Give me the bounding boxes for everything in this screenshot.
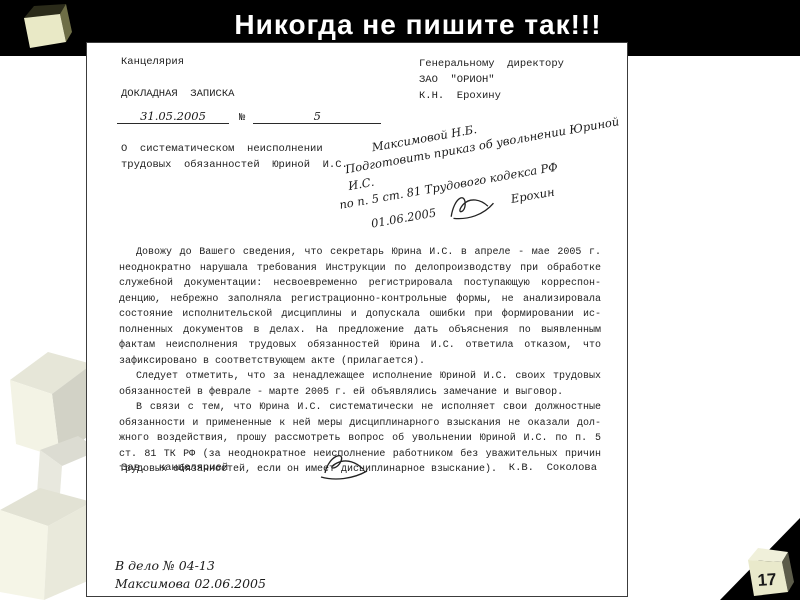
filing-note-signature: Максимова 02.06.2005 (115, 575, 266, 593)
memo-document-page: Канцелярия Генеральному директору ЗАО "О… (86, 42, 628, 597)
subject-block: О систематическом неисполнении трудовых … (121, 141, 348, 173)
addressee-name: К.Н. Ерохину (419, 88, 564, 104)
body-line: обязанности и примененные к ней меры дис… (119, 416, 601, 432)
cube-front-face (24, 14, 66, 48)
handwritten-number: 5 (253, 109, 381, 124)
addressee-block: Генеральному директору ЗАО "ОРИОН" К.Н. … (419, 56, 564, 104)
addressee-company: ЗАО "ОРИОН" (419, 72, 564, 88)
presentation-slide: Никогда не пишите так!!! 17 Канцелярия Г… (0, 0, 800, 600)
signer-name: К.В. Соколова (509, 462, 597, 474)
signer-position: Зав. канцелярией (121, 462, 228, 474)
body-line: фактам неисполнения трудовых обязанносте… (119, 338, 601, 354)
body-line: Следует отметить, что за ненадлежащее ис… (119, 369, 601, 385)
cube-top-face (748, 548, 788, 562)
filing-note: В дело № 04-13 Максимова 02.06.2005 (115, 557, 266, 593)
decorative-cubes-graphic (0, 340, 96, 600)
body-line: полненных документов в делах. На предлож… (119, 323, 601, 339)
subject-line-2: трудовых обязанностей Юриной И.С. (121, 157, 348, 173)
page-number-cube: 17 (742, 546, 796, 598)
date-number-line: 31.05.2005 № 5 (117, 109, 381, 124)
filing-note-case: В дело № 04-13 (115, 557, 266, 575)
body-line: неоднократно нарушала требования Инструк… (119, 261, 601, 277)
document-type-label: ДОКЛАДНАЯ ЗАПИСКА (121, 88, 234, 100)
resolution-date: 01.06.2005 (370, 204, 438, 232)
body-line: В связи с тем, что Юрина И.С. систематич… (119, 400, 601, 416)
body-line: зафиксировано в соответствующем акте (пр… (119, 354, 601, 370)
clerk-signature-icon (319, 451, 371, 481)
page-number: 17 (757, 570, 777, 590)
handwritten-date: 31.05.2005 (117, 109, 229, 124)
body-line: состояние исполнительской дисциплины и д… (119, 307, 601, 323)
addressee-title: Генеральному директору (419, 56, 564, 72)
number-sign: № (239, 112, 245, 124)
body-line: Довожу до Вашего сведения, что секретарь… (119, 245, 601, 261)
memo-body: Довожу до Вашего сведения, что секретарь… (119, 245, 601, 478)
department-label: Канцелярия (121, 56, 184, 68)
cube-logo-icon (16, 2, 78, 54)
body-line: обязанностей в феврале - марте 2005 г. е… (119, 385, 601, 401)
slide-title: Никогда не пишите так!!! (0, 9, 800, 41)
body-line: жного воздействия, прошу рассмотреть воп… (119, 431, 601, 447)
resolution-signed-name: Ерохин (509, 183, 555, 207)
body-line: служебной документации: несвоевременно р… (119, 276, 601, 292)
body-line: денцию, небрежно заполняла регистрационн… (119, 292, 601, 308)
subject-line-1: О систематическом неисполнении (121, 141, 348, 157)
